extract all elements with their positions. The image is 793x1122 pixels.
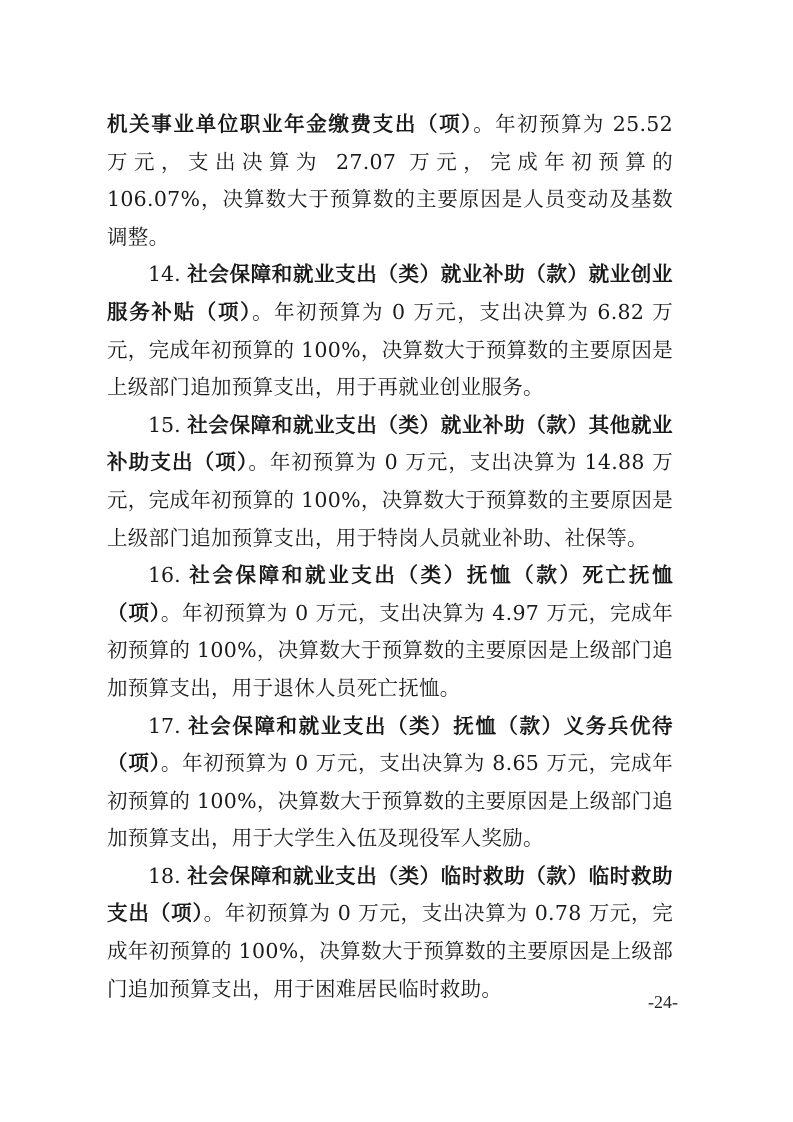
- item-number: 17.: [148, 714, 188, 738]
- item-number: 14.: [148, 262, 187, 286]
- document-page: 机关事业单位职业年金缴费支出（项）。年初预算为 25.52 万元，支出决算为 2…: [107, 106, 673, 1008]
- item-heading: 机关事业单位职业年金缴费支出（项）: [107, 112, 473, 136]
- item-body: 。年初预算为 0 万元，支出决算为 4.97 万元，完成年初预算的 100%，决…: [107, 601, 673, 700]
- page-number: -24-: [648, 992, 678, 1013]
- paragraph-pension-contribution: 机关事业单位职业年金缴费支出（项）。年初预算为 25.52 万元，支出决算为 2…: [107, 106, 673, 256]
- item-body: 。年初预算为 0 万元，支出决算为 8.65 万元，完成年初预算的 100%，决…: [107, 751, 673, 850]
- paragraph-item-18: 18. 社会保障和就业支出（类）临时救助（款）临时救助支出（项）。年初预算为 0…: [107, 858, 673, 1008]
- item-number: 18.: [148, 864, 187, 888]
- paragraph-item-17: 17. 社会保障和就业支出（类）抚恤（款）义务兵优待（项）。年初预算为 0 万元…: [107, 708, 673, 858]
- item-number: 15.: [148, 413, 187, 437]
- item-number: 16.: [148, 563, 189, 587]
- paragraph-item-14: 14. 社会保障和就业支出（类）就业补助（款）就业创业服务补贴（项）。年初预算为…: [107, 256, 673, 406]
- paragraph-item-15: 15. 社会保障和就业支出（类）就业补助（款）其他就业补助支出（项）。年初预算为…: [107, 407, 673, 557]
- paragraph-item-16: 16. 社会保障和就业支出（类）抚恤（款）死亡抚恤（项）。年初预算为 0 万元，…: [107, 557, 673, 707]
